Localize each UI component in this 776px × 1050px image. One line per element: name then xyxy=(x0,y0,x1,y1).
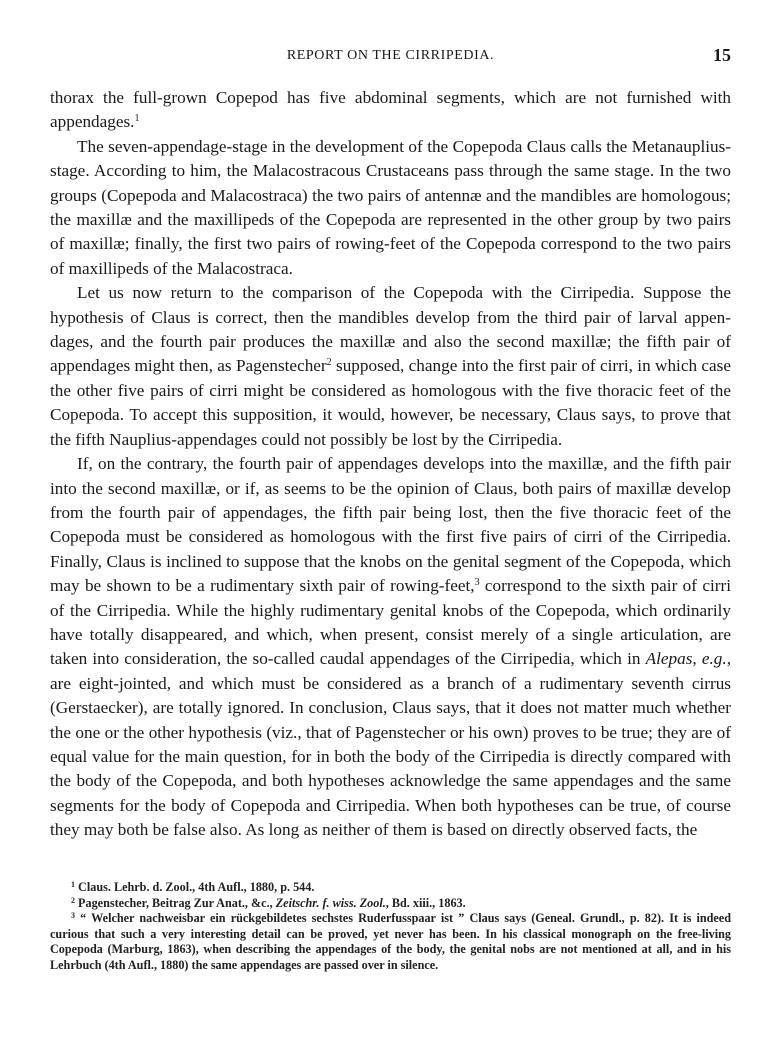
footnote-text: Pagenstecher, Beitrag Zur Anat., &c., xyxy=(78,896,276,910)
footnote-text: Claus. Lehrb. d. Zool., 4th Aufl., 1880,… xyxy=(78,880,314,894)
footnote-mark: 1 xyxy=(71,880,75,889)
footnote-text: “ Welcher nachweisbar ein rückgebildetes… xyxy=(50,911,731,972)
footnote-2: 2 Pagenstecher, Beitrag Zur Anat., &c., … xyxy=(50,896,731,912)
paragraph-text: thorax the full-grown Copepod has five a… xyxy=(50,88,731,131)
running-head: REPORT ON THE CIRRIPEDIA. 15 xyxy=(50,46,731,66)
paragraph-3: Let us now return to the comparison of t… xyxy=(50,281,731,452)
paragraph-text: , xyxy=(692,649,701,668)
paragraph-4: If, on the contrary, the fourth pair of … xyxy=(50,452,731,843)
running-title: REPORT ON THE CIRRIPEDIA. xyxy=(50,48,731,64)
paragraph-2: The seven-appendage-stage in the develop… xyxy=(50,135,731,281)
footnote-mark: 2 xyxy=(71,896,75,905)
paragraph-text: If, on the contrary, the fourth pair of … xyxy=(50,454,731,595)
paragraph-text: The seven-appendage-stage in the develop… xyxy=(50,137,731,278)
footnote-ref-1[interactable]: 1 xyxy=(134,113,139,124)
footnote-3: 3 “ Welcher nachweisbar ein rückgebildet… xyxy=(50,911,731,973)
footnote-text: , Bd. xiii., 1863. xyxy=(386,896,466,910)
page-number: 15 xyxy=(713,45,731,66)
body-text: thorax the full-grown Copepod has five a… xyxy=(50,86,731,843)
paragraph-text: , are eight-jointed, and which must be c… xyxy=(50,649,731,839)
footnotes: 1 Claus. Lehrb. d. Zool., 4th Aufl., 188… xyxy=(50,880,731,973)
footnote-1: 1 Claus. Lehrb. d. Zool., 4th Aufl., 188… xyxy=(50,880,731,896)
genus-name: Alepas xyxy=(646,649,693,668)
journal-title: Zeitschr. f. wiss. Zool. xyxy=(276,896,386,910)
paragraph-1: thorax the full-grown Copepod has five a… xyxy=(50,86,731,135)
footnote-mark: 3 xyxy=(71,911,75,920)
abbreviation-eg: e.g. xyxy=(702,649,727,668)
